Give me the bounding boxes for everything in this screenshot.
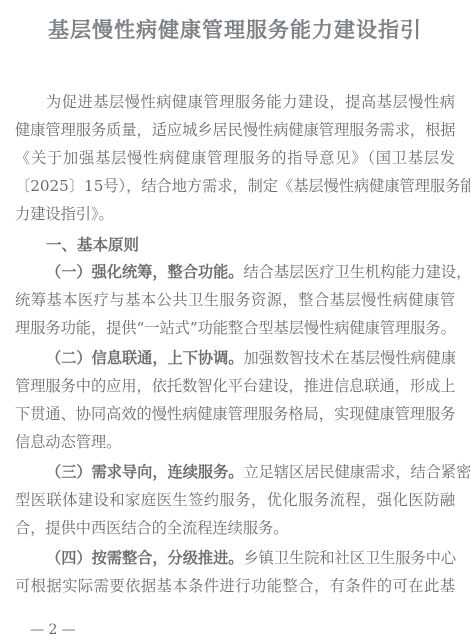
principle-line: 可根据实际需要依据基本条件进行功能整合，有条件的可在此基 xyxy=(15,576,455,596)
section-heading: 一、基本原则 xyxy=(46,233,139,255)
intro-line: 健康管理服务质量，适应城乡居民慢性病健康管理服务需求，根据 xyxy=(15,120,455,140)
page-number: — 2 — xyxy=(30,622,76,638)
principle-1-first-line: （一）强化统筹，整合功能。结合基层医疗卫生机构能力建设， xyxy=(46,262,455,282)
principle-line: 统筹基本医疗与基本公共卫生服务资源，整合基层慢性病健康管 xyxy=(15,290,455,310)
intro-line: 《关于加强基层慢性病健康管理服务的指导意见》（国卫基层发 xyxy=(15,148,455,168)
intro-line: 〔2025〕15号），结合地方需求，制定《基层慢性病健康管理服务能 xyxy=(15,176,455,196)
principle-line: 信息动态管理。 xyxy=(15,432,455,452)
principle-line: 下贯通、协同高效的慢性病健康管理服务格局，实现健康管理服务 xyxy=(15,404,455,424)
intro-line: 为促进基层慢性病健康管理服务能力建设，提高基层慢性病 xyxy=(46,92,455,112)
principle-lead: （二）信息联通，上下协调。 xyxy=(46,349,243,367)
principle-text: 结合基层医疗卫生机构能力建设， xyxy=(243,263,470,281)
principle-text: 立足辖区居民健康需求，结合紧密 xyxy=(243,463,470,481)
principle-lead: （三）需求导向，连续服务。 xyxy=(46,463,243,481)
principle-line: 管理服务中的应用，依托数智化平台建设，推进信息联通，形成上 xyxy=(15,376,455,396)
principle-4-first-line: （四）按需整合，分级推进。乡镇卫生院和社区卫生服务中心 xyxy=(46,548,455,568)
intro-line: 力建设指引》。 xyxy=(15,204,455,224)
document-title: 基层慢性病健康管理服务能力建设指引 xyxy=(0,14,470,44)
principle-text: 加强数智技术在基层慢性病健康 xyxy=(243,349,456,367)
principle-line: 合，提供中西医结合的全流程连续服务。 xyxy=(15,518,455,538)
principle-line: 理服务功能，提供“一站式”功能整合型基层慢性病健康管理服务。 xyxy=(15,318,455,338)
principle-text: 乡镇卫生院和社区卫生服务中心 xyxy=(243,549,456,567)
principle-line: 型医联体建设和家庭医生签约服务，优化服务流程，强化医防融 xyxy=(15,490,455,510)
principle-lead: （四）按需整合，分级推进。 xyxy=(46,549,243,567)
principle-2-first-line: （二）信息联通，上下协调。加强数智技术在基层慢性病健康 xyxy=(46,348,455,368)
principle-lead: （一）强化统筹，整合功能。 xyxy=(46,263,243,281)
principle-3-first-line: （三）需求导向，连续服务。立足辖区居民健康需求，结合紧密 xyxy=(46,462,455,482)
